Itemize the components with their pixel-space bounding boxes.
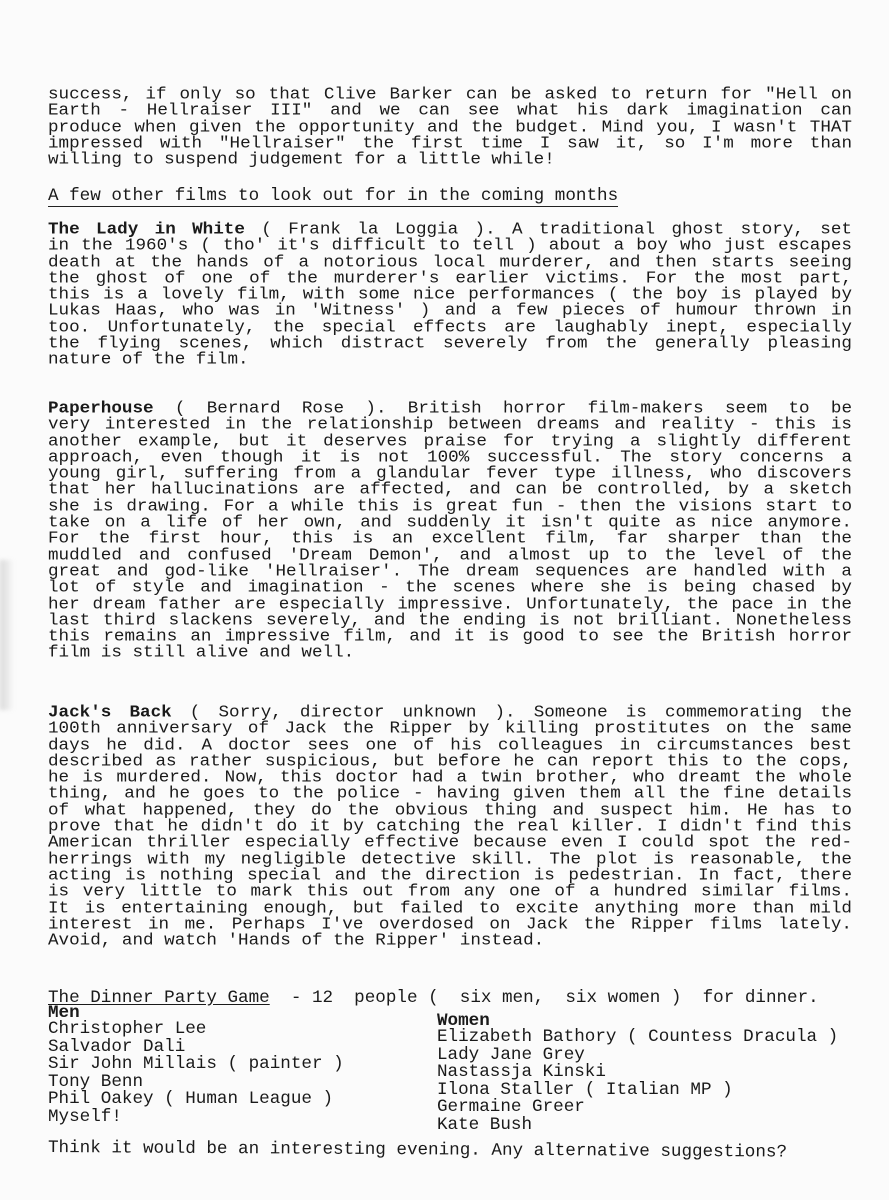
text-line: of what happened, they do the obvious th… (48, 803, 852, 818)
text-line: Lukas Haas, who was in 'Witness' ) and a… (48, 303, 852, 318)
text-line: Earth - Hellraiser III" and we can see w… (48, 103, 852, 118)
review-lady-in-white: The Lady in White ( Frank la Loggia ). A… (48, 222, 852, 369)
men-column: Men Christopher LeeSalvador DaliSir John… (48, 1006, 344, 1127)
text-line: days he did. A doctor sees one of his co… (48, 738, 852, 753)
section-heading: A few other films to look out for in the… (48, 188, 618, 207)
women-column: Women Elizabeth Bathory ( Countess Dracu… (437, 1014, 838, 1135)
men-list: Christopher LeeSalvador DaliSir John Mil… (48, 1021, 344, 1127)
text-line: last third slackens severely, and the en… (48, 613, 852, 628)
text-line: It is entertaining enough, but failed to… (48, 901, 852, 916)
text-line: interest in me. Perhaps I've overdosed o… (48, 917, 852, 932)
women-list: Elizabeth Bathory ( Countess Dracula )La… (437, 1029, 838, 1135)
text-line: lot of style and imagination - the scene… (48, 580, 852, 595)
text-line: muddled and confused 'Dream Demon', and … (48, 548, 852, 563)
text-line: she is drawing. For a while this is grea… (48, 499, 852, 514)
scan-smudge (0, 560, 14, 710)
text-line: is very little to mark this out from any… (48, 884, 852, 899)
dinner-party-title: The Dinner Party Game (48, 988, 270, 1008)
guest-man: Myself! (48, 1109, 344, 1127)
closing-line: Think it would be an interesting evening… (48, 1140, 858, 1161)
text-line: described as rather suspicious, but befo… (48, 754, 852, 769)
text-line: herrings with my negligible detective sk… (48, 852, 852, 867)
dinner-party-subtitle: - 12 people ( six men, six women ) for d… (270, 988, 819, 1008)
text-line: the ghost of one of the murderer's earli… (48, 271, 852, 286)
text-line: impressed with "Hellraiser" the first ti… (48, 136, 852, 151)
text-line: produce when given the opportunity and t… (48, 120, 852, 135)
text-line: approach, even though it is not 100% suc… (48, 450, 852, 465)
text-line: too. Unfortunately, the special effects … (48, 320, 852, 335)
text-line: very interested in the relationship betw… (48, 417, 852, 432)
text-line: another example, but it deserves praise … (48, 434, 852, 449)
dinner-party-section: The Dinner Party Game - 12 people ( six … (48, 990, 858, 1156)
review-jacks-back: Jack's Back ( Sorry, director unknown ).… (48, 705, 852, 949)
text-line: nature of the film. (48, 352, 852, 367)
text-line: willing to suspend judgement for a littl… (48, 152, 852, 167)
text-line: American thriller especially effective b… (48, 835, 852, 850)
text-line: in the 1960's ( tho' it's difficult to t… (48, 238, 852, 253)
review-paperhouse: Paperhouse ( Bernard Rose ). British hor… (48, 401, 852, 662)
text-line: thing, and he goes to the police - havin… (48, 786, 852, 801)
guest-columns: Men Christopher LeeSalvador DaliSir John… (48, 1006, 858, 1140)
intro-paragraph: success, if only so that Clive Barker ca… (48, 87, 852, 168)
guest-man: Christopher Lee (48, 1021, 344, 1039)
text-line: Avoid, and watch 'Hands of the Ripper' i… (48, 933, 852, 948)
text-line: film is still alive and well. (48, 645, 852, 660)
dinner-party-heading: The Dinner Party Game - 12 people ( six … (48, 990, 858, 1006)
guest-woman: Elizabeth Bathory ( Countess Dracula ) (437, 1029, 838, 1047)
text-line: For the first hour, this is an excellent… (48, 531, 852, 546)
text-line: 100th anniversary of Jack the Ripper by … (48, 721, 852, 736)
text-line: that her hallucinations are affected, an… (48, 482, 852, 497)
text-line: death at the hands of a notorious local … (48, 255, 852, 270)
guest-woman: Kate Bush (437, 1117, 838, 1135)
text-line: her dream father are especially impressi… (48, 597, 852, 612)
